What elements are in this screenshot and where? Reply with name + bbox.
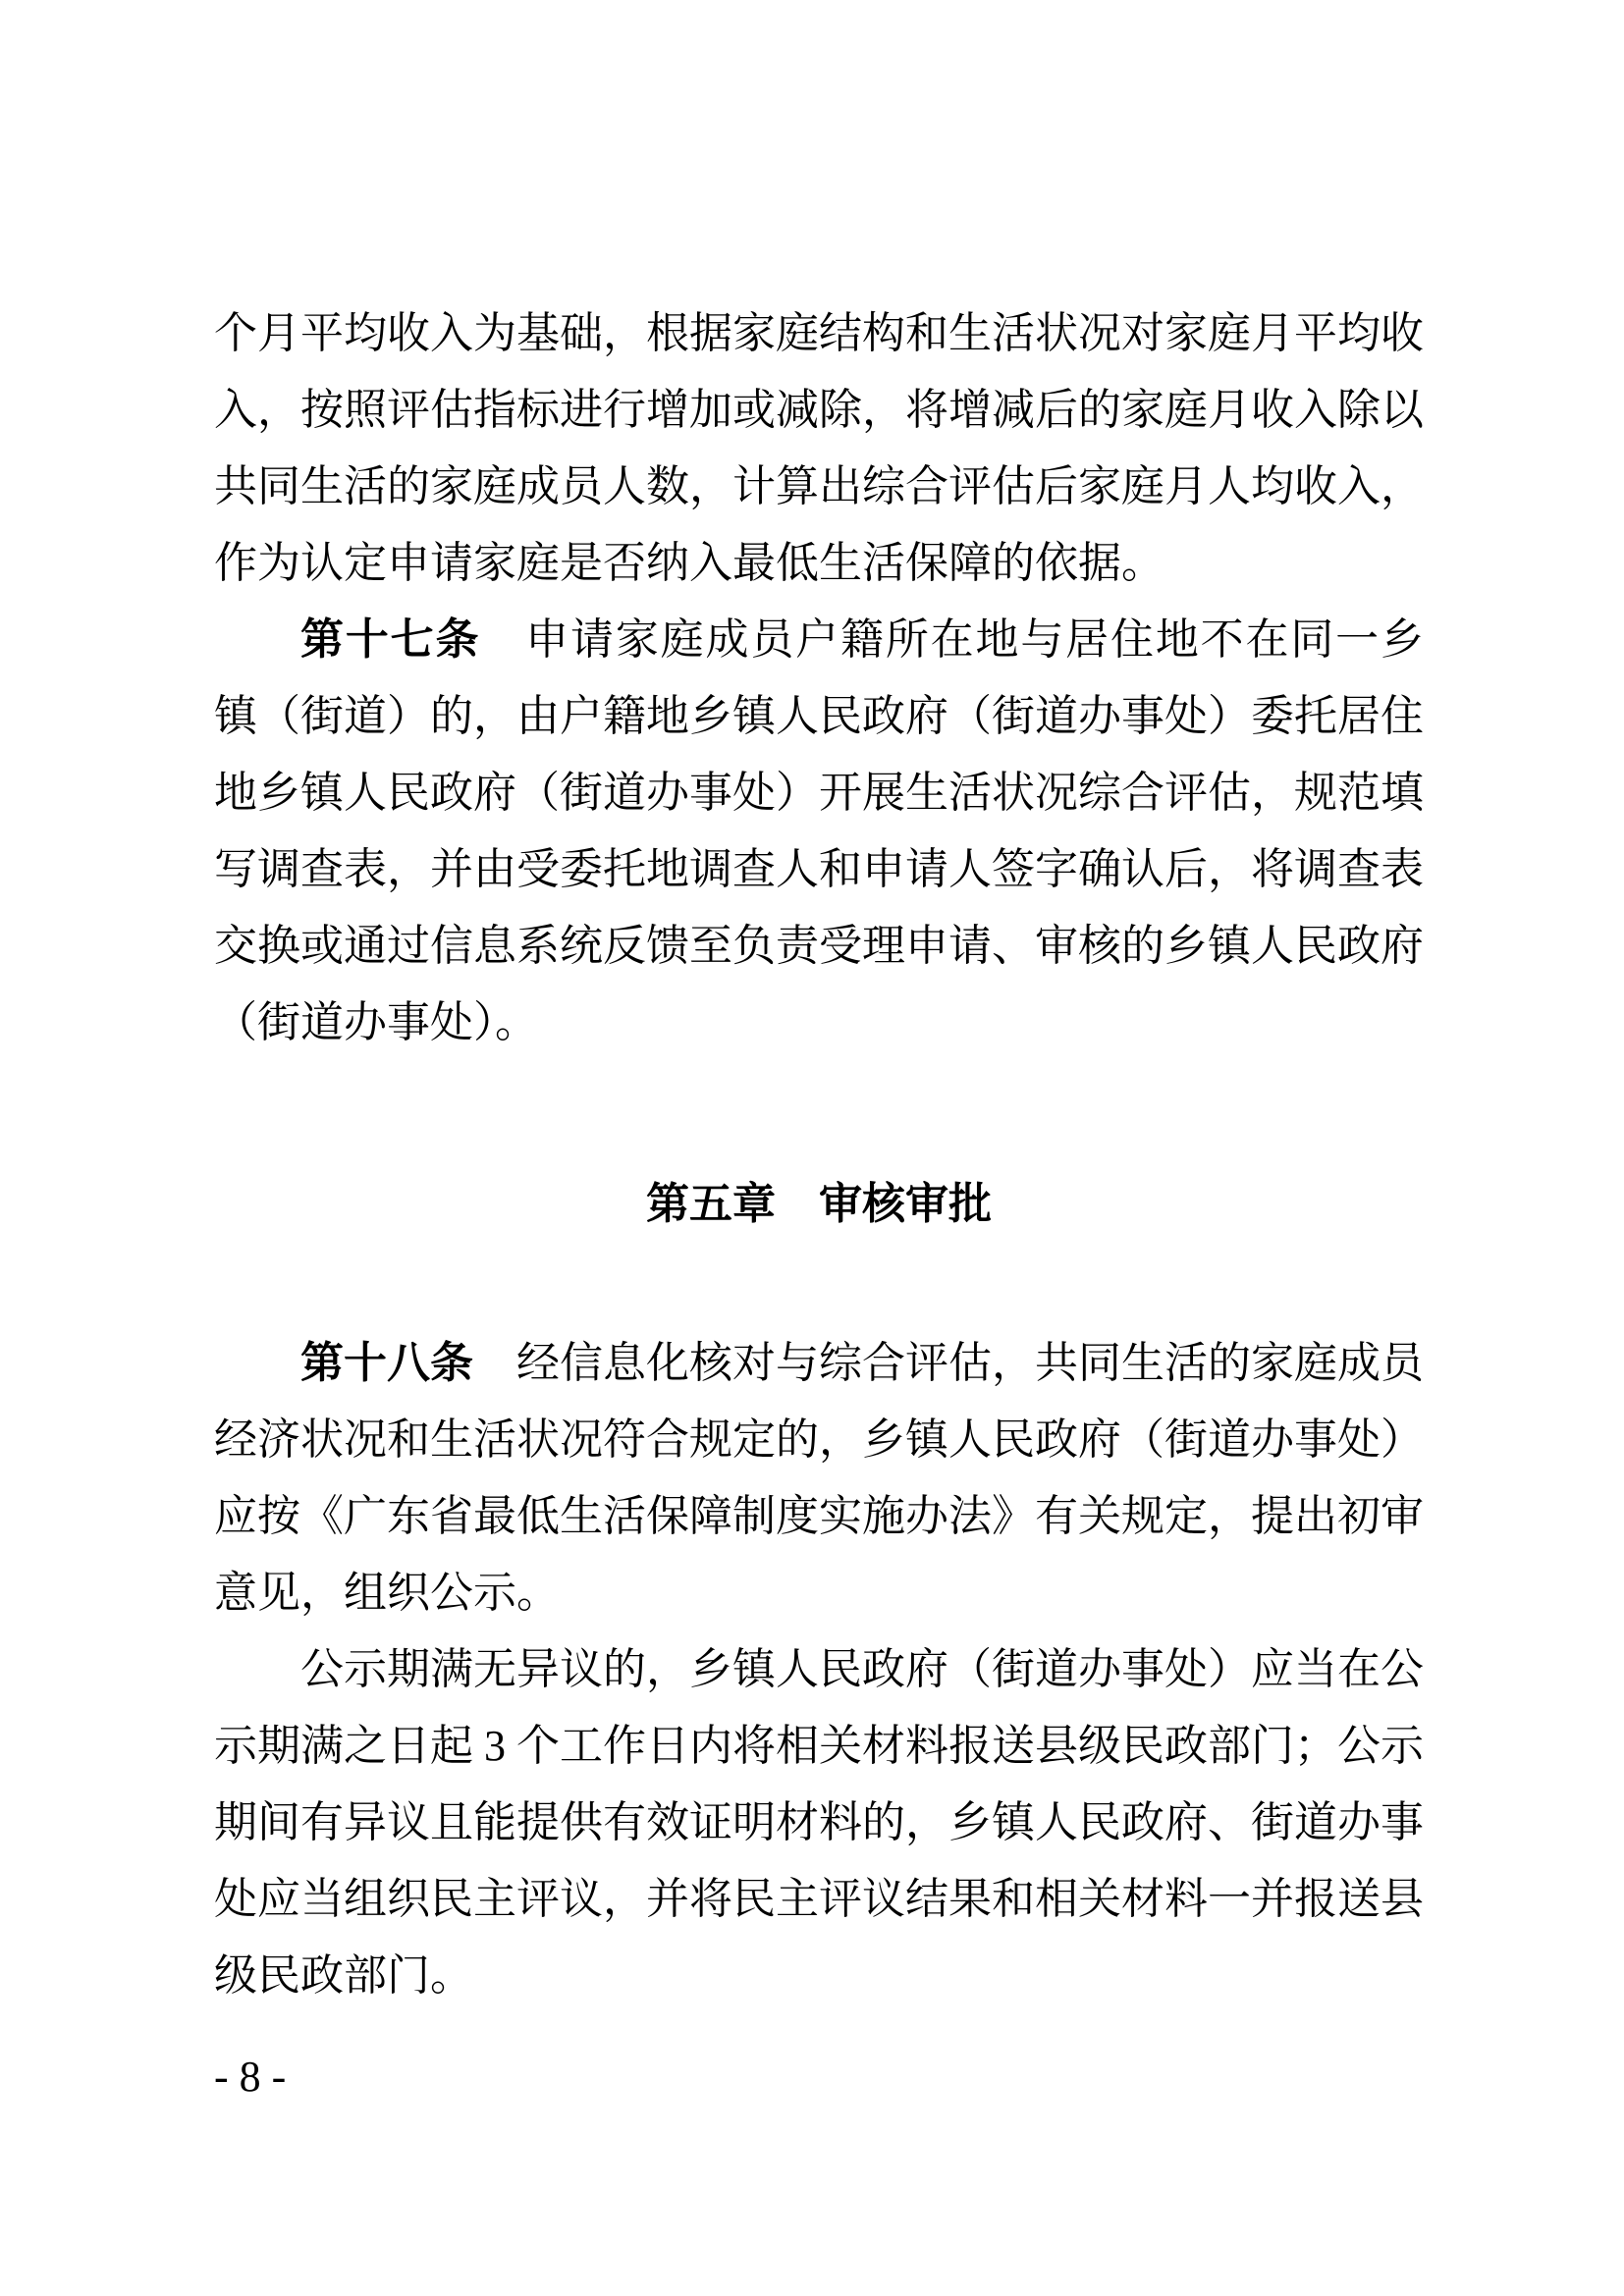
continuation-paragraph: 个月平均收入为基础，根据家庭结构和生活状况对家庭月平均收 入，按照评估指标进行增… [214,295,1424,602]
text-line: 第十八条 经信息化核对与综合评估，共同生活的家庭成员 [214,1325,1424,1402]
text-line: （街道办事处）。 [214,985,1424,1061]
text-line: 入，按照评估指标进行增加或减除，将增减后的家庭月收入除以 [214,372,1424,449]
text-line: 第十七条 申请家庭成员户籍所在地与居住地不在同一乡 [214,602,1424,678]
article-18-number: 第十八条 [300,1339,473,1387]
article-18-paragraph: 第十八条 经信息化核对与综合评估，共同生活的家庭成员 经济状况和生活状况符合规定… [214,1325,1424,1631]
text-line: 交换或通过信息系统反馈至负责受理申请、审核的乡镇人民政府 [214,908,1424,985]
article-17-number: 第十七条 [300,615,480,664]
text-run: 申请家庭成员户籍所在地与居住地不在同一乡 [480,615,1424,664]
text-line: 意见，组织公示。 [214,1555,1424,1631]
text-line: 应按《广东省最低生活保障制度实施办法》有关规定，提出初审 [214,1478,1424,1555]
article-17-paragraph: 第十七条 申请家庭成员户籍所在地与居住地不在同一乡 镇（街道）的，由户籍地乡镇人… [214,602,1424,1061]
text-line: 写调查表，并由受委托地调查人和申请人签字确认后，将调查表 [214,831,1424,908]
text-line: 期间有异议且能提供有效证明材料的，乡镇人民政府、街道办事 [214,1785,1424,1861]
text-line: 级民政部门。 [214,1938,1424,2014]
document-page: 个月平均收入为基础，根据家庭结构和生活状况对家庭月平均收 入，按照评估指标进行增… [0,0,1624,2296]
text-line: 地乡镇人民政府（街道办事处）开展生活状况综合评估，规范填 [214,755,1424,831]
page-number: - 8 - [214,2054,286,2101]
text-line: 共同生活的家庭成员人数，计算出综合评估后家庭月人均收入， [214,449,1424,525]
publicity-paragraph: 公示期满无异议的，乡镇人民政府（街道办事处）应当在公 示期满之日起 3 个工作日… [214,1631,1424,2014]
text-line: 示期满之日起 3 个工作日内将相关材料报送县级民政部门；公示 [214,1708,1424,1785]
text-line: 个月平均收入为基础，根据家庭结构和生活状况对家庭月平均收 [214,295,1424,372]
text-run: 经信息化核对与综合评估，共同生活的家庭成员 [473,1339,1424,1387]
text-line: 处应当组织民主评议，并将民主评议结果和相关材料一并报送县 [214,1861,1424,1938]
document-body: 个月平均收入为基础，根据家庭结构和生活状况对家庭月平均收 入，按照评估指标进行增… [214,295,1424,2014]
chapter-5-heading: 第五章 审核审批 [214,1166,1424,1243]
text-line: 公示期满无异议的，乡镇人民政府（街道办事处）应当在公 [214,1631,1424,1708]
text-line: 作为认定申请家庭是否纳入最低生活保障的依据。 [214,525,1424,602]
text-line: 经济状况和生活状况符合规定的，乡镇人民政府（街道办事处） [214,1402,1424,1478]
text-line: 镇（街道）的，由户籍地乡镇人民政府（街道办事处）委托居住 [214,678,1424,755]
